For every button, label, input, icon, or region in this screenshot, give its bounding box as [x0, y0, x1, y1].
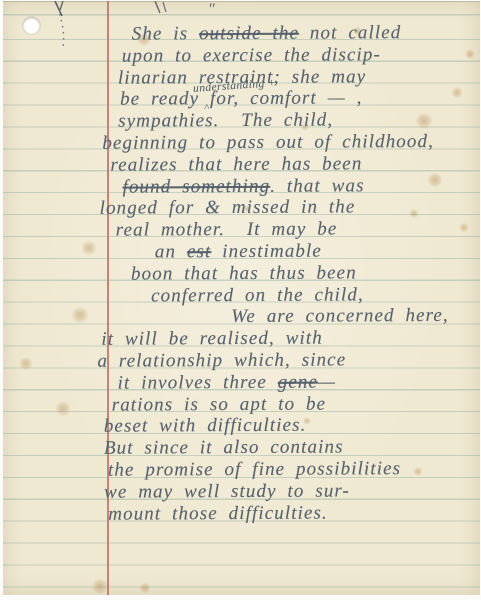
handwriting-segment: . that was [270, 175, 364, 196]
handwriting-line: But since it also contains [104, 436, 481, 460]
handwriting-segment: found something [122, 175, 270, 197]
handwriting-line: beginning to pass out of childhood, [102, 131, 480, 155]
handwriting-line: an est inestimable [155, 240, 481, 264]
handwriting-line: beset with difficulties. [104, 414, 481, 438]
handwriting-segment: outside the [199, 23, 299, 45]
handwriting-segment: longed for & missed in the [100, 197, 356, 219]
handwriting-segment: realizes that here has been [110, 153, 362, 175]
handwriting-line: it will be realised, with [101, 327, 481, 351]
handwriting-line: realizes that here has been [110, 153, 480, 177]
handwriting-segment: we may well study to sur- [104, 480, 350, 502]
handwriting-segment: real mother. It may be [116, 219, 338, 241]
handwriting-line: a relationship which, since [97, 349, 481, 373]
handwriting-line: We are concerned here, [231, 305, 481, 328]
handwriting-segment: the promise of fine possibilities [108, 458, 401, 481]
handwriting-segment: a relationship which, since [97, 349, 346, 371]
handwriting-segment: But since it also contains [104, 437, 344, 459]
handwriting-line: real mother. It may be [116, 218, 481, 242]
handwriting-segment: gene [278, 371, 318, 392]
handwriting-segment: We are concerned here, [231, 305, 449, 327]
handwriting-segment: it involves three [118, 372, 278, 394]
handwriting-line: be ready for, comfort — , [120, 87, 480, 111]
paper-page: She is outside the not calledupon to exe… [3, 1, 480, 595]
handwriting-segment: boon that has thus been [131, 262, 357, 284]
handwriting-line: found something. that was [122, 174, 480, 198]
handwriting-line: we may well study to sur- [104, 479, 481, 503]
inserted-quote-mark: ″ [208, 1, 217, 19]
handwriting-segment: inestimable [211, 241, 322, 263]
handwriting-segment: conferred on the child, [151, 284, 364, 306]
handwriting-segment: it will be realised, with [101, 328, 323, 350]
handwriting-segment: not called [299, 22, 401, 44]
handwriting-segment: — [318, 371, 336, 392]
handwriting-line: boon that has thus been [131, 262, 481, 286]
handwriting-segment: upon to exercise the discip- [122, 44, 381, 66]
handwriting-line: longed for & missed in the [100, 196, 481, 220]
handwriting-line: upon to exercise the discip- [122, 44, 480, 68]
handwriting-segment: est [187, 241, 212, 262]
handwriting-line: mount those difficulties. [108, 501, 481, 525]
stain-spot [139, 583, 151, 593]
handwriting-segment: beginning to pass out of childhood, [102, 131, 434, 154]
handwriting-segment: beset with difficulties. [104, 415, 307, 437]
handwriting-line: sympathies. The child, [118, 109, 480, 133]
handwriting-segment: rations is so apt to be [112, 393, 327, 415]
handwriting: She is outside the not calledupon to exe… [2, 22, 481, 526]
caret-mark: ^ [204, 102, 209, 114]
handwriting-segment: sympathies. The child, [118, 110, 333, 132]
handwriting-segment: an [155, 241, 187, 262]
handwriting-line: conferred on the child, [151, 283, 481, 307]
handwriting-line: She is outside the not called [132, 22, 480, 46]
handwriting-segment: mount those difficulties. [108, 502, 328, 524]
handwriting-line: the promise of fine possibilities [108, 458, 481, 482]
handwriting-segment: She is [132, 23, 199, 44]
handwriting-line: linarian restraint; she may [118, 65, 480, 89]
handwriting-line: rations is so apt to be [112, 392, 481, 416]
handwriting-line: it involves three gene— [118, 370, 481, 394]
